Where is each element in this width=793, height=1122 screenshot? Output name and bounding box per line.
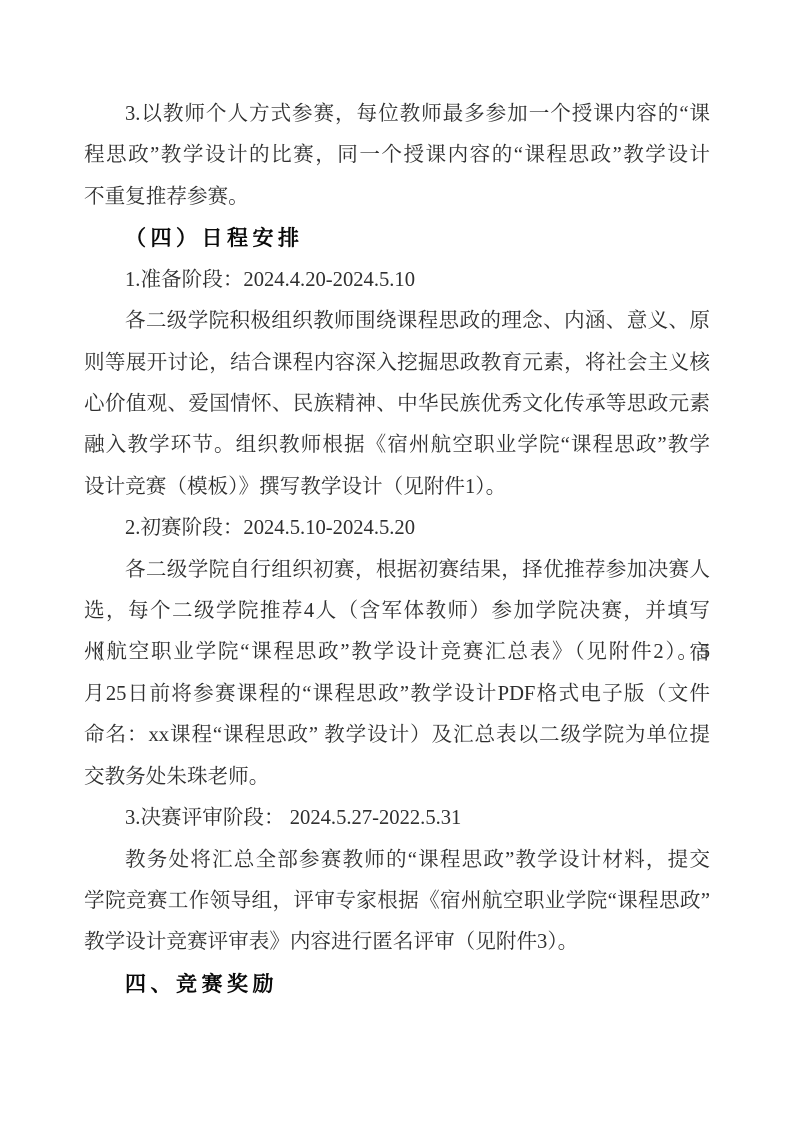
text-line: 交教务处朱珠老师。 xyxy=(84,757,710,798)
text-line: 命名：xx课程“课程思政” 教学设计）及汇总表以二级学院为单位提 xyxy=(84,715,710,756)
text-line: 教学设计竞赛评审表》内容进行匿名评审（见附件3）。 xyxy=(84,922,710,963)
text-line: 各二级学院积极组织教师围绕课程思政的理念、内涵、意义、原 xyxy=(84,301,710,342)
text-line: 各二级学院自行组织初赛，根据初赛结果，择优推荐参加决赛人 xyxy=(84,550,710,591)
text-line: 教务处将汇总全部参赛教师的“课程思政”教学设计材料，提交 xyxy=(84,840,710,881)
text-line: 则等展开讨论，结合课程内容深入挖掘思政教育元素，将社会主义核 xyxy=(84,343,710,384)
document-page: 3.以教师个人方式参赛，每位教师最多参加一个授课内容的“课 程思政”教学设计的比… xyxy=(0,0,793,1122)
text-line: 学院竞赛工作领导组，评审专家根据《宿州航空职业学院“课程思政” xyxy=(84,881,710,922)
text-line: 程思政”教学设计的比赛，同一个授课内容的“课程思政”教学设计 xyxy=(84,135,710,176)
text-line: 2.初赛阶段：2024.5.10-2024.5.20 xyxy=(84,508,710,549)
text-line: 不重复推荐参赛。 xyxy=(84,177,710,218)
text-line: 州航空职业学院“课程思政”教学设计竞赛汇总表》（见附件2）。5 xyxy=(84,632,710,673)
section-heading-schedule: （四）日程安排 xyxy=(84,218,710,259)
text-line: 融入教学环节。组织教师根据《宿州航空职业学院“课程思政”教学 xyxy=(84,425,710,466)
text-line: 3.决赛评审阶段： 2024.5.27-2022.5.31 xyxy=(84,798,710,839)
document-body: 3.以教师个人方式参赛，每位教师最多参加一个授课内容的“课 程思政”教学设计的比… xyxy=(84,94,710,1005)
section-heading-awards: 四、竞赛奖励 xyxy=(84,964,710,1005)
text-line: 选，每个二级学院推荐4人（含军体教师）参加学院决赛，并填写《宿 xyxy=(84,591,710,632)
text-line: 月25日前将参赛课程的“课程思政”教学设计PDF格式电子版（文件 xyxy=(84,674,710,715)
text-line: 设计竞赛（模板）》撰写教学设计（见附件1）。 xyxy=(84,467,710,508)
text-line: 3.以教师个人方式参赛，每位教师最多参加一个授课内容的“课 xyxy=(84,94,710,135)
text-line: 心价值观、爱国情怀、民族精神、中华民族优秀文化传承等思政元素 xyxy=(84,384,710,425)
text-line: 1.准备阶段：2024.4.20-2024.5.10 xyxy=(84,260,710,301)
